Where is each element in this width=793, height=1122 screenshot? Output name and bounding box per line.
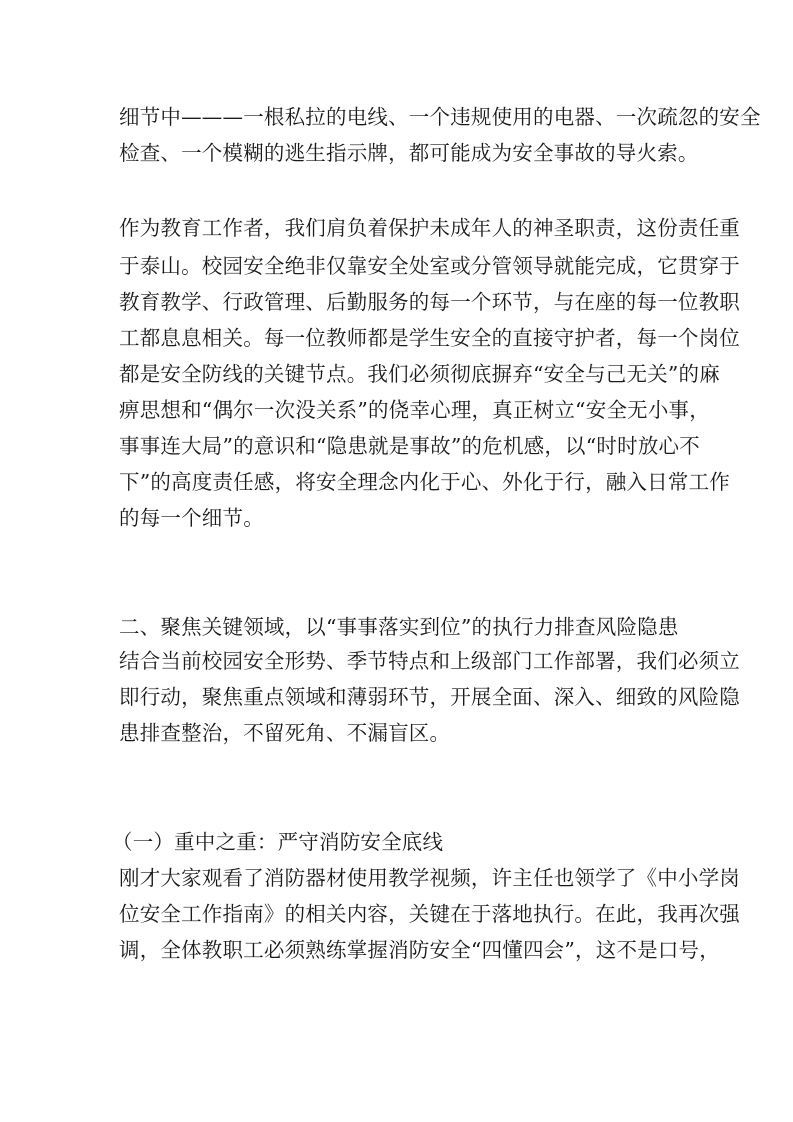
text-line: 位安全工作指南》的相关内容，关键在于落地执行。在此，我再次强 (119, 902, 679, 926)
text-line: 患排查整治，不留死角、不漏盲区。 (119, 721, 679, 745)
text-line: 教育教学、行政管理、后勤服务的每一个环节，与在座的每一位教职 (119, 290, 679, 314)
text-line: 细节中———一根私拉的电线、一个违规使用的电器、一次疏忽的安全 (119, 105, 679, 129)
text-line: 调，全体教职工必须熟练掌握消防安全“四懂四会”，这不是口号， (119, 938, 679, 962)
text-line: 刚才大家观看了消防器材使用教学视频，许主任也领学了《中小学岗 (119, 866, 679, 890)
text-line: 结合当前校园安全形势、季节特点和上级部门工作部署，我们必须立 (119, 649, 679, 673)
text-line: 即行动，聚焦重点领域和薄弱环节，开展全面、深入、细致的风险隐 (119, 685, 679, 709)
subsection-heading: （一）重中之重：严守消防安全底线 (112, 830, 672, 854)
text-line: 作为教育工作者，我们肩负着保护未成年人的神圣职责，这份责任重 (119, 216, 679, 240)
text-line: 于泰山。校园安全绝非仅靠安全处室或分管领导就能完成，它贯穿于 (119, 254, 679, 278)
text-line: 的每一个细节。 (119, 506, 679, 530)
text-line: 检查、一个模糊的逃生指示牌，都可能成为安全事故的导火索。 (119, 141, 679, 165)
text-line: 都是安全防线的关键节点。我们必须彻底摒弃“安全与己无关”的麻 (119, 362, 679, 386)
text-line: 事事连大局”的意识和“隐患就是事故”的危机感，以“时时放心不 (119, 434, 679, 458)
document-page: 细节中———一根私拉的电线、一个违规使用的电器、一次疏忽的安全 检查、一个模糊的… (0, 0, 793, 1122)
section-heading: 二、聚焦关键领域，以“事事落实到位”的执行力排查风险隐患 (119, 615, 679, 639)
text-line: 工都息息相关。每一位教师都是学生安全的直接守护者，每一个岗位 (119, 326, 679, 350)
text-line: 痹思想和“偶尔一次没关系”的侥幸心理，真正树立“安全无小事， (119, 398, 679, 422)
text-line: 下”的高度责任感，将安全理念内化于心、外化于行，融入日常工作 (119, 470, 679, 494)
